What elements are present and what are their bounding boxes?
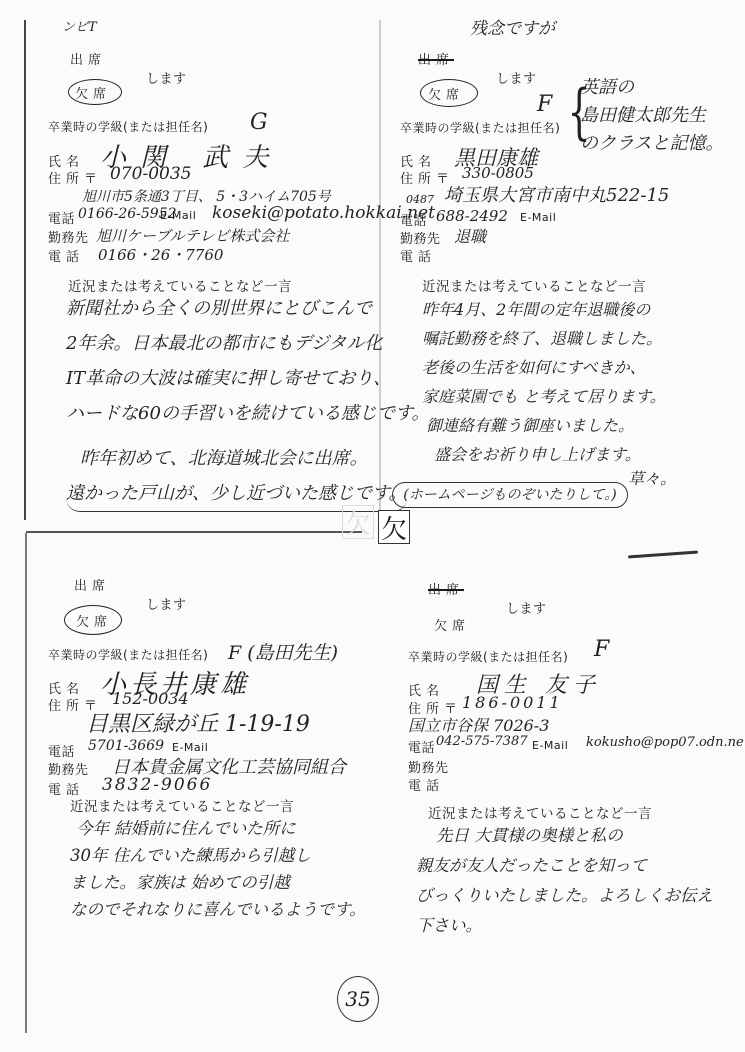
work-phone-value: 0166・26・7760 bbox=[98, 244, 223, 265]
work-phone-label: 電話 bbox=[400, 246, 436, 265]
comment-heading: 近況または考えていることなど一言 bbox=[422, 275, 646, 295]
will-label: します bbox=[506, 598, 547, 617]
address-value: 目黒区緑が丘 1-19-19 bbox=[86, 707, 310, 738]
postal-code: 330-0805 bbox=[462, 164, 534, 182]
will-label: します bbox=[496, 68, 537, 87]
class-value: G bbox=[250, 110, 268, 135]
comment-line: 先日 大貫様の奥様と私の bbox=[416, 821, 713, 851]
phone-area-code: 0487 bbox=[406, 193, 434, 206]
workplace-label: 勤務先 bbox=[400, 228, 441, 247]
comment-line: 嘱託勤務を終了、退職しました。 bbox=[422, 324, 676, 353]
attend-label: 出席 bbox=[70, 49, 106, 68]
phone-label: 電話 bbox=[48, 741, 75, 760]
comment-heading: 近況または考えていることなど一言 bbox=[428, 802, 652, 822]
comment-line: ました。家族は 始めての引越 bbox=[70, 869, 366, 896]
comment-line: びっくりいたしました。よろしくお伝え bbox=[416, 881, 713, 911]
email-value: kokusho@pop07.odn.ne.jp bbox=[586, 735, 745, 750]
phone-label: 電話 bbox=[400, 210, 427, 229]
reply-card-top-left: ンビT 出席 します 欠席 卒業時の学級(または担任名) G 氏名 小関 武夫 … bbox=[0, 0, 380, 530]
email-label: E-Mail bbox=[160, 209, 196, 222]
class-label: 卒業時の学級(または担任名) bbox=[48, 646, 208, 663]
comment-line: 老後の生活を如何にすべきか、 bbox=[422, 353, 676, 382]
class-label: 卒業時の学級(または担任名) bbox=[408, 648, 568, 665]
comment-line: 昨年4月、2年間の定年退職後の bbox=[422, 295, 676, 324]
comment-line: 30年 住んでいた練馬から引越し bbox=[70, 842, 366, 869]
comment-heading: 近況または考えていることなど一言 bbox=[70, 795, 294, 815]
attend-label-struck: 出席 bbox=[428, 579, 464, 598]
comment-line: 親友が友人だったことを知って bbox=[416, 851, 713, 881]
work-phone-label: 電話 bbox=[48, 246, 84, 265]
postal-code: 070-0035 bbox=[110, 164, 191, 184]
email-label: E-Mail bbox=[532, 739, 568, 752]
top-scribble: ンビT bbox=[62, 16, 97, 35]
pen-stroke-mark bbox=[628, 551, 698, 559]
absent-label: 欠席 bbox=[75, 83, 111, 102]
comment-line: 家庭菜園でも と考えて居ります。 bbox=[422, 382, 676, 411]
workplace-label: 勤務先 bbox=[408, 757, 449, 776]
comment-line: 盛会をお祈り申し上げます。 bbox=[422, 440, 676, 469]
phone-label: 電話 bbox=[48, 208, 75, 227]
class-note-line: のクラスと記憶。 bbox=[580, 130, 723, 158]
class-note: 英語の 島田健太郎先生 のクラスと記憶。 bbox=[580, 74, 723, 158]
top-note: 残念ですが bbox=[470, 14, 555, 39]
postal-code: 186-0011 bbox=[462, 693, 563, 712]
absent-label: 欠席 bbox=[76, 611, 112, 630]
phone-value: 688-2492 bbox=[436, 207, 508, 225]
name-label: 氏名 bbox=[408, 680, 444, 699]
reply-card-bottom-left: 出席 します 欠席 卒業時の学級(または担任名) F (島田先生) 氏名 小長井… bbox=[0, 535, 380, 1052]
class-value: F bbox=[594, 637, 609, 662]
absent-stamp-faint: 欠 bbox=[342, 505, 374, 539]
comment-body: 昨年4月、2年間の定年退職後の 嘱託勤務を終了、退職しました。 老後の生活を如何… bbox=[422, 295, 676, 489]
workplace-value: 旭川ケーブルテレビ株式会社 bbox=[96, 225, 289, 246]
phone-label: 電話 bbox=[408, 737, 435, 756]
absent-label: 欠席 bbox=[434, 615, 470, 634]
attend-label: 出席 bbox=[74, 575, 110, 594]
comment-line: なのでそれなりに喜んでいるようです。 bbox=[70, 896, 366, 923]
class-value: F (島田先生) bbox=[228, 638, 338, 665]
workplace-value: 退職 bbox=[454, 224, 486, 247]
work-phone-label: 電話 bbox=[408, 775, 444, 794]
reply-card-top-right: 残念ですが 出席 します 欠席 F 卒業時の学級(または担任名) { 英語の 島… bbox=[380, 0, 745, 530]
attend-label-struck: 出席 bbox=[418, 49, 454, 68]
comment-line: 御連絡有難う御座いました。 bbox=[422, 411, 676, 440]
address-value: 国立市谷保 7026-3 bbox=[408, 713, 549, 736]
page-number: 35 bbox=[337, 976, 379, 1022]
absent-label: 欠席 bbox=[428, 84, 464, 103]
comment-line: 今年 結婚前に住んでいた所に bbox=[70, 815, 366, 842]
will-label: します bbox=[146, 68, 187, 87]
will-label: します bbox=[146, 594, 187, 613]
phone-value: 5701-3669 bbox=[88, 738, 164, 754]
address-label: 住所〒 bbox=[48, 168, 102, 187]
card-divider-middle bbox=[26, 531, 362, 533]
class-label: 卒業時の学級(または担任名) bbox=[48, 118, 208, 135]
comment-body: 先日 大貫様の奥様と私の 親友が友人だったことを知って びっくりいたしました。よ… bbox=[416, 821, 713, 941]
comment-line: 下さい。 bbox=[416, 911, 713, 941]
email-label: E-Mail bbox=[520, 211, 556, 224]
workplace-label: 勤務先 bbox=[48, 759, 89, 778]
work-phone-value: 3832-9066 bbox=[102, 775, 212, 795]
class-label: 卒業時の学級(または担任名) bbox=[400, 119, 560, 136]
postal-code: 152-0034 bbox=[112, 689, 189, 708]
class-note-line: 英語の bbox=[580, 74, 723, 102]
class-value: F bbox=[537, 92, 552, 117]
reply-card-bottom-right: 出席 します 欠席 卒業時の学級(または担任名) F 氏名 国生 友子 住所〒 … bbox=[380, 535, 745, 1052]
comment-body: 今年 結婚前に住んでいた所に 30年 住んでいた練馬から引越し ました。家族は … bbox=[70, 815, 366, 923]
comment-line: 草々。 bbox=[422, 469, 676, 489]
class-note-line: 島田健太郎先生 bbox=[580, 102, 723, 130]
phone-value: 042-575-7387 bbox=[436, 734, 528, 749]
workplace-label: 勤務先 bbox=[48, 227, 89, 246]
address-value: 埼玉県大宮市南中丸522-15 bbox=[444, 181, 669, 207]
